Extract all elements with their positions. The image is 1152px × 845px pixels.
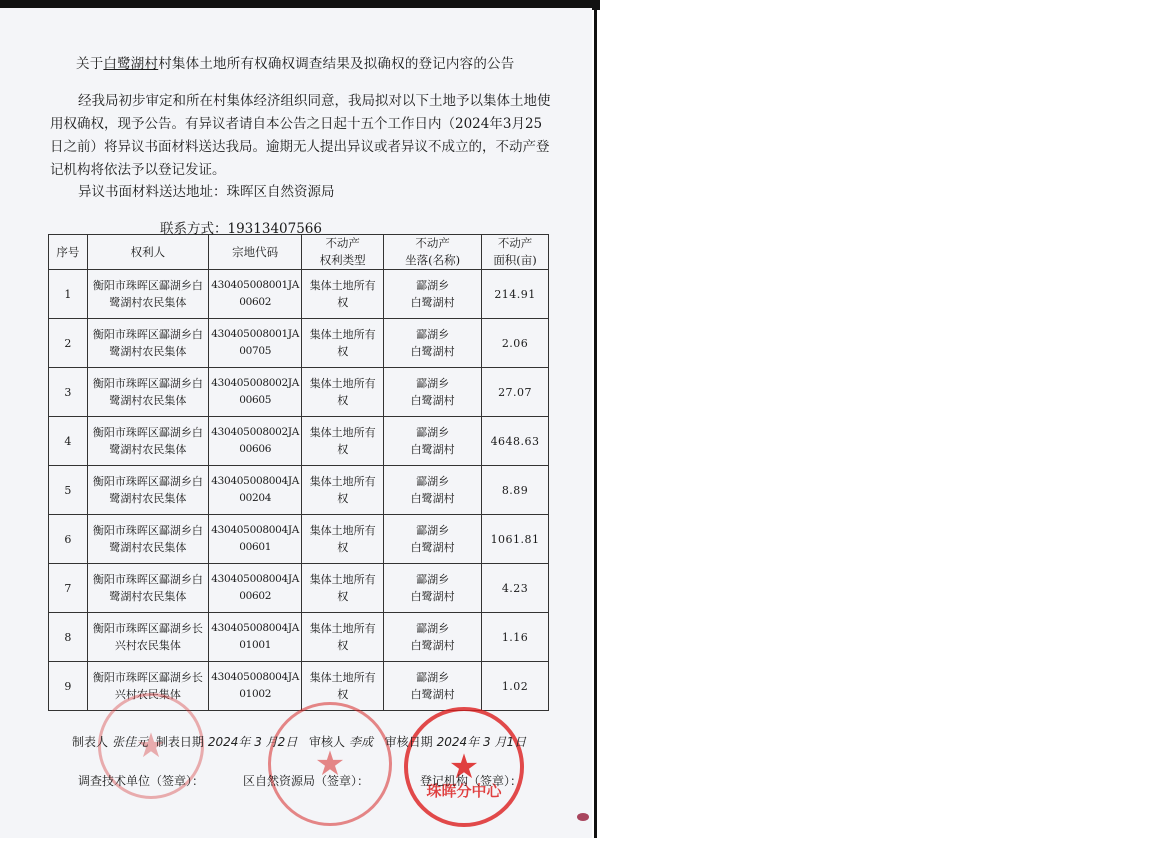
reviewer-label: 审核人 [309, 735, 345, 749]
row-code: 430405008004JA01001 [209, 613, 302, 662]
scan-right-border [594, 0, 597, 838]
district-bureau-seal-label: 区自然资源局（签章）： [243, 772, 369, 789]
row-area: 8.89 [482, 466, 549, 515]
review-date-label: 审核日期 [385, 735, 433, 749]
row-right-type: 集体土地所有权 [302, 564, 384, 613]
row-no: 9 [49, 662, 88, 711]
survey-unit-seal-label: 调查技术单位（签章）： [78, 772, 204, 789]
table-header-row: 序号 权利人 宗地代码 不动产权利类型 不动产坐落(名称) 不动产面积(亩) [49, 235, 549, 270]
row-right-type: 集体土地所有权 [302, 466, 384, 515]
row-location: 酃湖乡白鹭湖村 [384, 564, 482, 613]
title-village: 白鹭湖村 [103, 56, 158, 72]
row-owner: 衡阳市珠晖区酃湖乡白鹭湖村农民集体 [87, 368, 209, 417]
row-code: 430405008004JA00602 [209, 564, 302, 613]
row-right-type: 集体土地所有权 [302, 270, 384, 319]
row-right-type: 集体土地所有权 [302, 319, 384, 368]
ink-stain [577, 813, 589, 821]
row-area: 1.16 [482, 613, 549, 662]
row-area: 1.02 [482, 662, 549, 711]
table-row: 6衡阳市珠晖区酃湖乡白鹭湖村农民集体430405008004JA00601集体土… [49, 515, 549, 564]
table-row: 7衡阳市珠晖区酃湖乡白鹭湖村农民集体430405008004JA00602集体土… [49, 564, 549, 613]
row-right-type: 集体土地所有权 [302, 417, 384, 466]
row-no: 5 [49, 466, 88, 515]
row-no: 3 [49, 368, 88, 417]
row-location: 酃湖乡白鹭湖村 [384, 270, 482, 319]
row-location: 酃湖乡白鹭湖村 [384, 613, 482, 662]
row-right-type: 集体土地所有权 [302, 368, 384, 417]
table-row: 3衡阳市珠晖区酃湖乡白鹭湖村农民集体430405008002JA00605集体土… [49, 368, 549, 417]
prepared-by-label: 制表人 [72, 735, 108, 749]
row-area: 1061.81 [482, 515, 549, 564]
row-code: 430405008001JA00705 [209, 319, 302, 368]
row-no: 7 [49, 564, 88, 613]
notice-title: 关于白鹭湖村村集体土地所有权确权调查结果及拟确权的登记内容的公告 [76, 52, 514, 72]
row-owner: 衡阳市珠晖区酃湖乡白鹭湖村农民集体 [87, 417, 209, 466]
header-no: 序号 [49, 235, 88, 270]
row-location: 酃湖乡白鹭湖村 [384, 368, 482, 417]
row-owner: 衡阳市珠晖区酃湖乡白鹭湖村农民集体 [87, 515, 209, 564]
registry-seal-label: 登记机构（签章）： [420, 772, 522, 789]
header-code: 宗地代码 [209, 235, 302, 270]
registration-table: 序号 权利人 宗地代码 不动产权利类型 不动产坐落(名称) 不动产面积(亩) 1… [48, 234, 549, 711]
review-date: 2024年 3 月1日 [437, 735, 526, 749]
table-row: 2衡阳市珠晖区酃湖乡白鹭湖村农民集体430405008001JA00705集体土… [49, 319, 549, 368]
title-prefix: 关于 [76, 56, 103, 72]
row-location: 酃湖乡白鹭湖村 [384, 515, 482, 564]
row-code: 430405008004JA01002 [209, 662, 302, 711]
row-no: 2 [49, 319, 88, 368]
row-owner: 衡阳市珠晖区酃湖乡白鹭湖村农民集体 [87, 319, 209, 368]
row-code: 430405008002JA00605 [209, 368, 302, 417]
row-area: 27.07 [482, 368, 549, 417]
prepared-date: 2024年 3 月2日 [208, 735, 297, 749]
row-right-type: 集体土地所有权 [302, 613, 384, 662]
row-area: 4648.63 [482, 417, 549, 466]
prepared-date-label: 制表日期 [156, 735, 204, 749]
row-code: 430405008001JA00602 [209, 270, 302, 319]
row-owner: 衡阳市珠晖区酃湖乡长兴村农民集体 [87, 613, 209, 662]
table-row: 5衡阳市珠晖区酃湖乡白鹭湖村农民集体430405008004JA00204集体土… [49, 466, 549, 515]
row-owner: 衡阳市珠晖区酃湖乡白鹭湖村农民集体 [87, 564, 209, 613]
row-area: 2.06 [482, 319, 549, 368]
row-no: 1 [49, 270, 88, 319]
header-area: 不动产面积(亩) [482, 235, 549, 270]
objection-address: 异议书面材料送达地址：珠晖区自然资源局 [78, 180, 335, 200]
row-code: 430405008004JA00204 [209, 466, 302, 515]
reviewer-signature: 李成 [349, 735, 373, 749]
registry-stamp: ★ 珠晖分中心 [404, 707, 524, 827]
row-owner: 衡阳市珠晖区酃湖乡白鹭湖村农民集体 [87, 270, 209, 319]
table-row: 8衡阳市珠晖区酃湖乡长兴村农民集体430405008004JA01001集体土地… [49, 613, 549, 662]
table-row: 1衡阳市珠晖区酃湖乡白鹭湖村农民集体430405008001JA00602集体土… [49, 270, 549, 319]
title-suffix: 村集体土地所有权确权调查结果及拟确权的登记内容的公告 [158, 56, 514, 72]
row-no: 6 [49, 515, 88, 564]
header-type: 不动产权利类型 [302, 235, 384, 270]
header-owner: 权利人 [87, 235, 209, 270]
prepared-by-signature: 张佳元 [112, 735, 148, 749]
table-row: 4衡阳市珠晖区酃湖乡白鹭湖村农民集体430405008002JA00606集体土… [49, 417, 549, 466]
row-no: 8 [49, 613, 88, 662]
row-code: 430405008002JA00606 [209, 417, 302, 466]
row-area: 214.91 [482, 270, 549, 319]
row-location: 酃湖乡白鹭湖村 [384, 417, 482, 466]
notice-paragraph: 经我局初步审定和所在村集体经济组织同意，我局拟对以下土地予以集体土地使用权确权，… [50, 90, 555, 182]
row-area: 4.23 [482, 564, 549, 613]
signature-line: 制表人张佳元 制表日期2024年 3 月2日 审核人李成 审核日期2024年 3… [72, 733, 530, 750]
row-code: 430405008004JA00601 [209, 515, 302, 564]
row-right-type: 集体土地所有权 [302, 515, 384, 564]
row-location: 酃湖乡白鹭湖村 [384, 319, 482, 368]
row-no: 4 [49, 417, 88, 466]
row-location: 酃湖乡白鹭湖村 [384, 466, 482, 515]
row-owner: 衡阳市珠晖区酃湖乡白鹭湖村农民集体 [87, 466, 209, 515]
row-location: 酃湖乡白鹭湖村 [384, 662, 482, 711]
district-bureau-stamp: ★ [268, 702, 392, 826]
header-location: 不动产坐落(名称) [384, 235, 482, 270]
